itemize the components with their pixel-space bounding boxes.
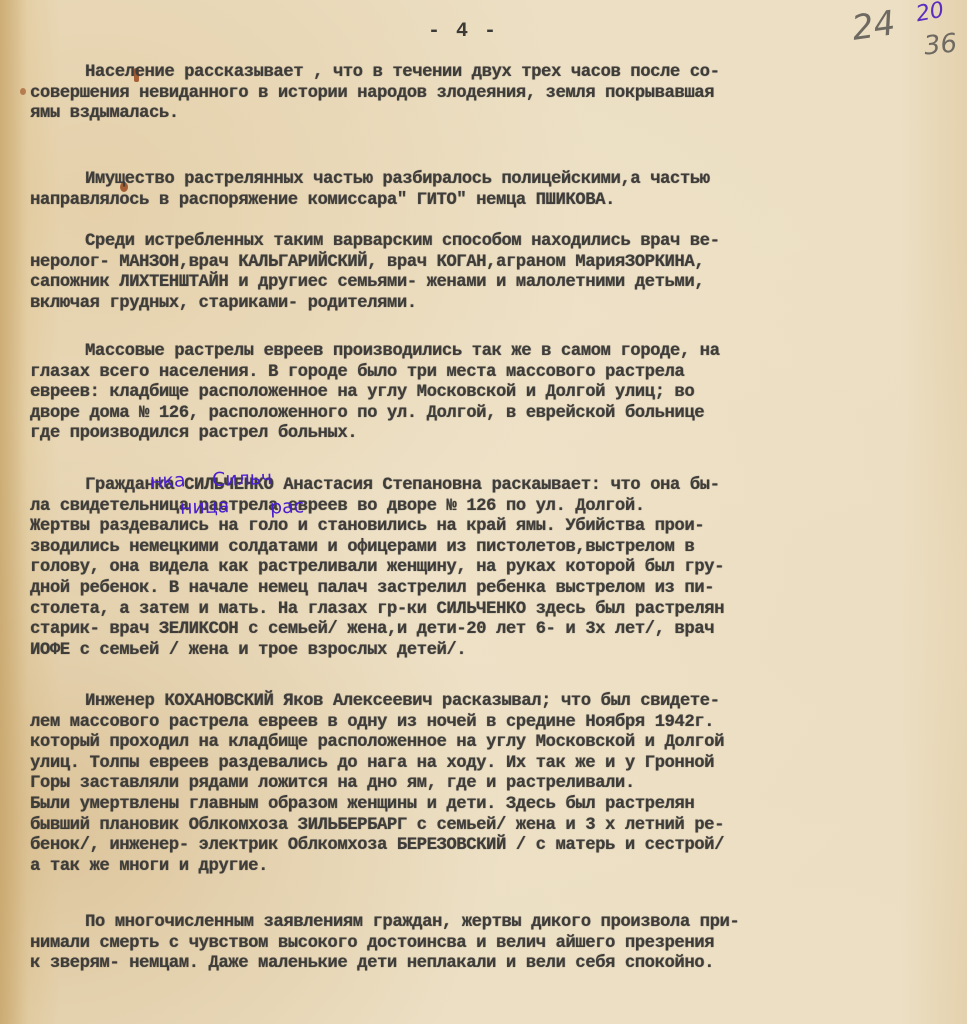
text-line: Были умертвлены главным образом женщины … <box>30 795 942 816</box>
handwritten-correction: рас <box>270 495 305 518</box>
handwritten-correction: нка <box>150 469 186 492</box>
paragraph-dignity-of-victims: По многочисленным заявлениям граждан, же… <box>30 913 942 975</box>
paragraph-victims-list: Среди истребленных таким варварским спос… <box>30 232 942 314</box>
text-line: старик- врач ЗЕЛИКСОН с семьей/ жена,и д… <box>30 620 942 641</box>
text-line: голову, она видела как растреливали женщ… <box>30 558 942 579</box>
text-line: лем массового растрела евреев в одну из … <box>30 713 942 734</box>
page-number: - 4 - <box>428 20 498 43</box>
archive-folio-ink: 20 <box>914 0 946 27</box>
page-edge-shadow <box>0 0 28 1024</box>
text-line: ямы вздымалась. <box>30 104 942 125</box>
text-line: где производился растрел больных. <box>30 424 942 445</box>
text-line: который проходил на кладбище расположенн… <box>30 733 942 754</box>
text-line: Среди истребленных таким варварским спос… <box>30 232 942 253</box>
text-line: глазах всего населения. В городе было тр… <box>30 363 942 384</box>
text-line: Горы заставляли рядами ложится на дно ям… <box>30 774 942 795</box>
text-line: Население рассказывает , что в течении д… <box>30 63 942 84</box>
text-line: улиц. Толпы евреев раздевались до нага н… <box>30 754 942 775</box>
text-line: евреев: кладбище расположенное на углу М… <box>30 383 942 404</box>
paragraph-kokhanovsky-testimony: Инженер КОХАНОВСКИЙ Яков Алексеевич раск… <box>30 692 942 877</box>
text-line: Инженер КОХАНОВСКИЙ Яков Алексеевич раск… <box>30 692 942 713</box>
text-line: бенок/, инженер- электрик Облкомхоза БЕР… <box>30 836 942 857</box>
text-line: а так же многи и другие. <box>30 857 942 878</box>
text-line: дной ребенок. В начале немец палач застр… <box>30 579 942 600</box>
text-line: совершения невиданного в истории народов… <box>30 84 942 105</box>
text-line: дворе дома № 126, расположенного по ул. … <box>30 404 942 425</box>
rust-stain <box>20 88 26 95</box>
text-line: включая грудных, стариками- родителями. <box>30 294 942 315</box>
text-line: ИОФЕ с семьей / жена и трое взрослых дет… <box>30 641 942 662</box>
document-page: - 4 - 24 20 36 Население рассказывает , … <box>0 0 967 1024</box>
text-line: Массовые растрелы евреев производились т… <box>30 342 942 363</box>
text-line: неролог- МАНЗОН,врач КАЛЬГАРИЙСКИЙ, врач… <box>30 253 942 274</box>
paragraph-property: Имущество растрелянных частью разбиралос… <box>30 170 942 211</box>
text-line: Жертвы раздевались на голо и становились… <box>30 517 942 538</box>
text-line: бывший плановик Облкомхоза ЗИЛЬБЕРБАРГ с… <box>30 816 942 837</box>
text-line: к зверям- немцам. Даже маленькие дети не… <box>30 954 942 975</box>
handwritten-correction: Сильч <box>212 467 273 491</box>
text-line: ла свидетельница растрела евреев во двор… <box>30 497 942 518</box>
text-line: Имущество растрелянных частью разбиралос… <box>30 170 942 191</box>
text-line: нимали смерть с чувством высокого достои… <box>30 934 942 955</box>
paragraph-population-testimony: Население рассказывает , что в течении д… <box>30 63 942 125</box>
archive-folio-pencil-secondary: 36 <box>923 28 959 61</box>
archive-folio-pencil: 24 <box>849 3 897 49</box>
text-line: сапожник ЛИХТЕНШТАЙН и другиес семьями- … <box>30 273 942 294</box>
text-line: зводились немецкими солдатами и офицерам… <box>30 538 942 559</box>
text-line: направлялось в распоряжение комиссара" Г… <box>30 191 942 212</box>
handwritten-correction: ница <box>180 495 230 519</box>
text-line: По многочисленным заявлениям граждан, же… <box>30 913 942 934</box>
paragraph-silchenko-testimony: Гражданка СИЛЬЧЕНКО Анастасия Степановна… <box>30 476 942 661</box>
paragraph-execution-sites: Массовые растрелы евреев производились т… <box>30 342 942 445</box>
text-line: столета, а затем и мать. На глазах гр-ки… <box>30 600 942 621</box>
